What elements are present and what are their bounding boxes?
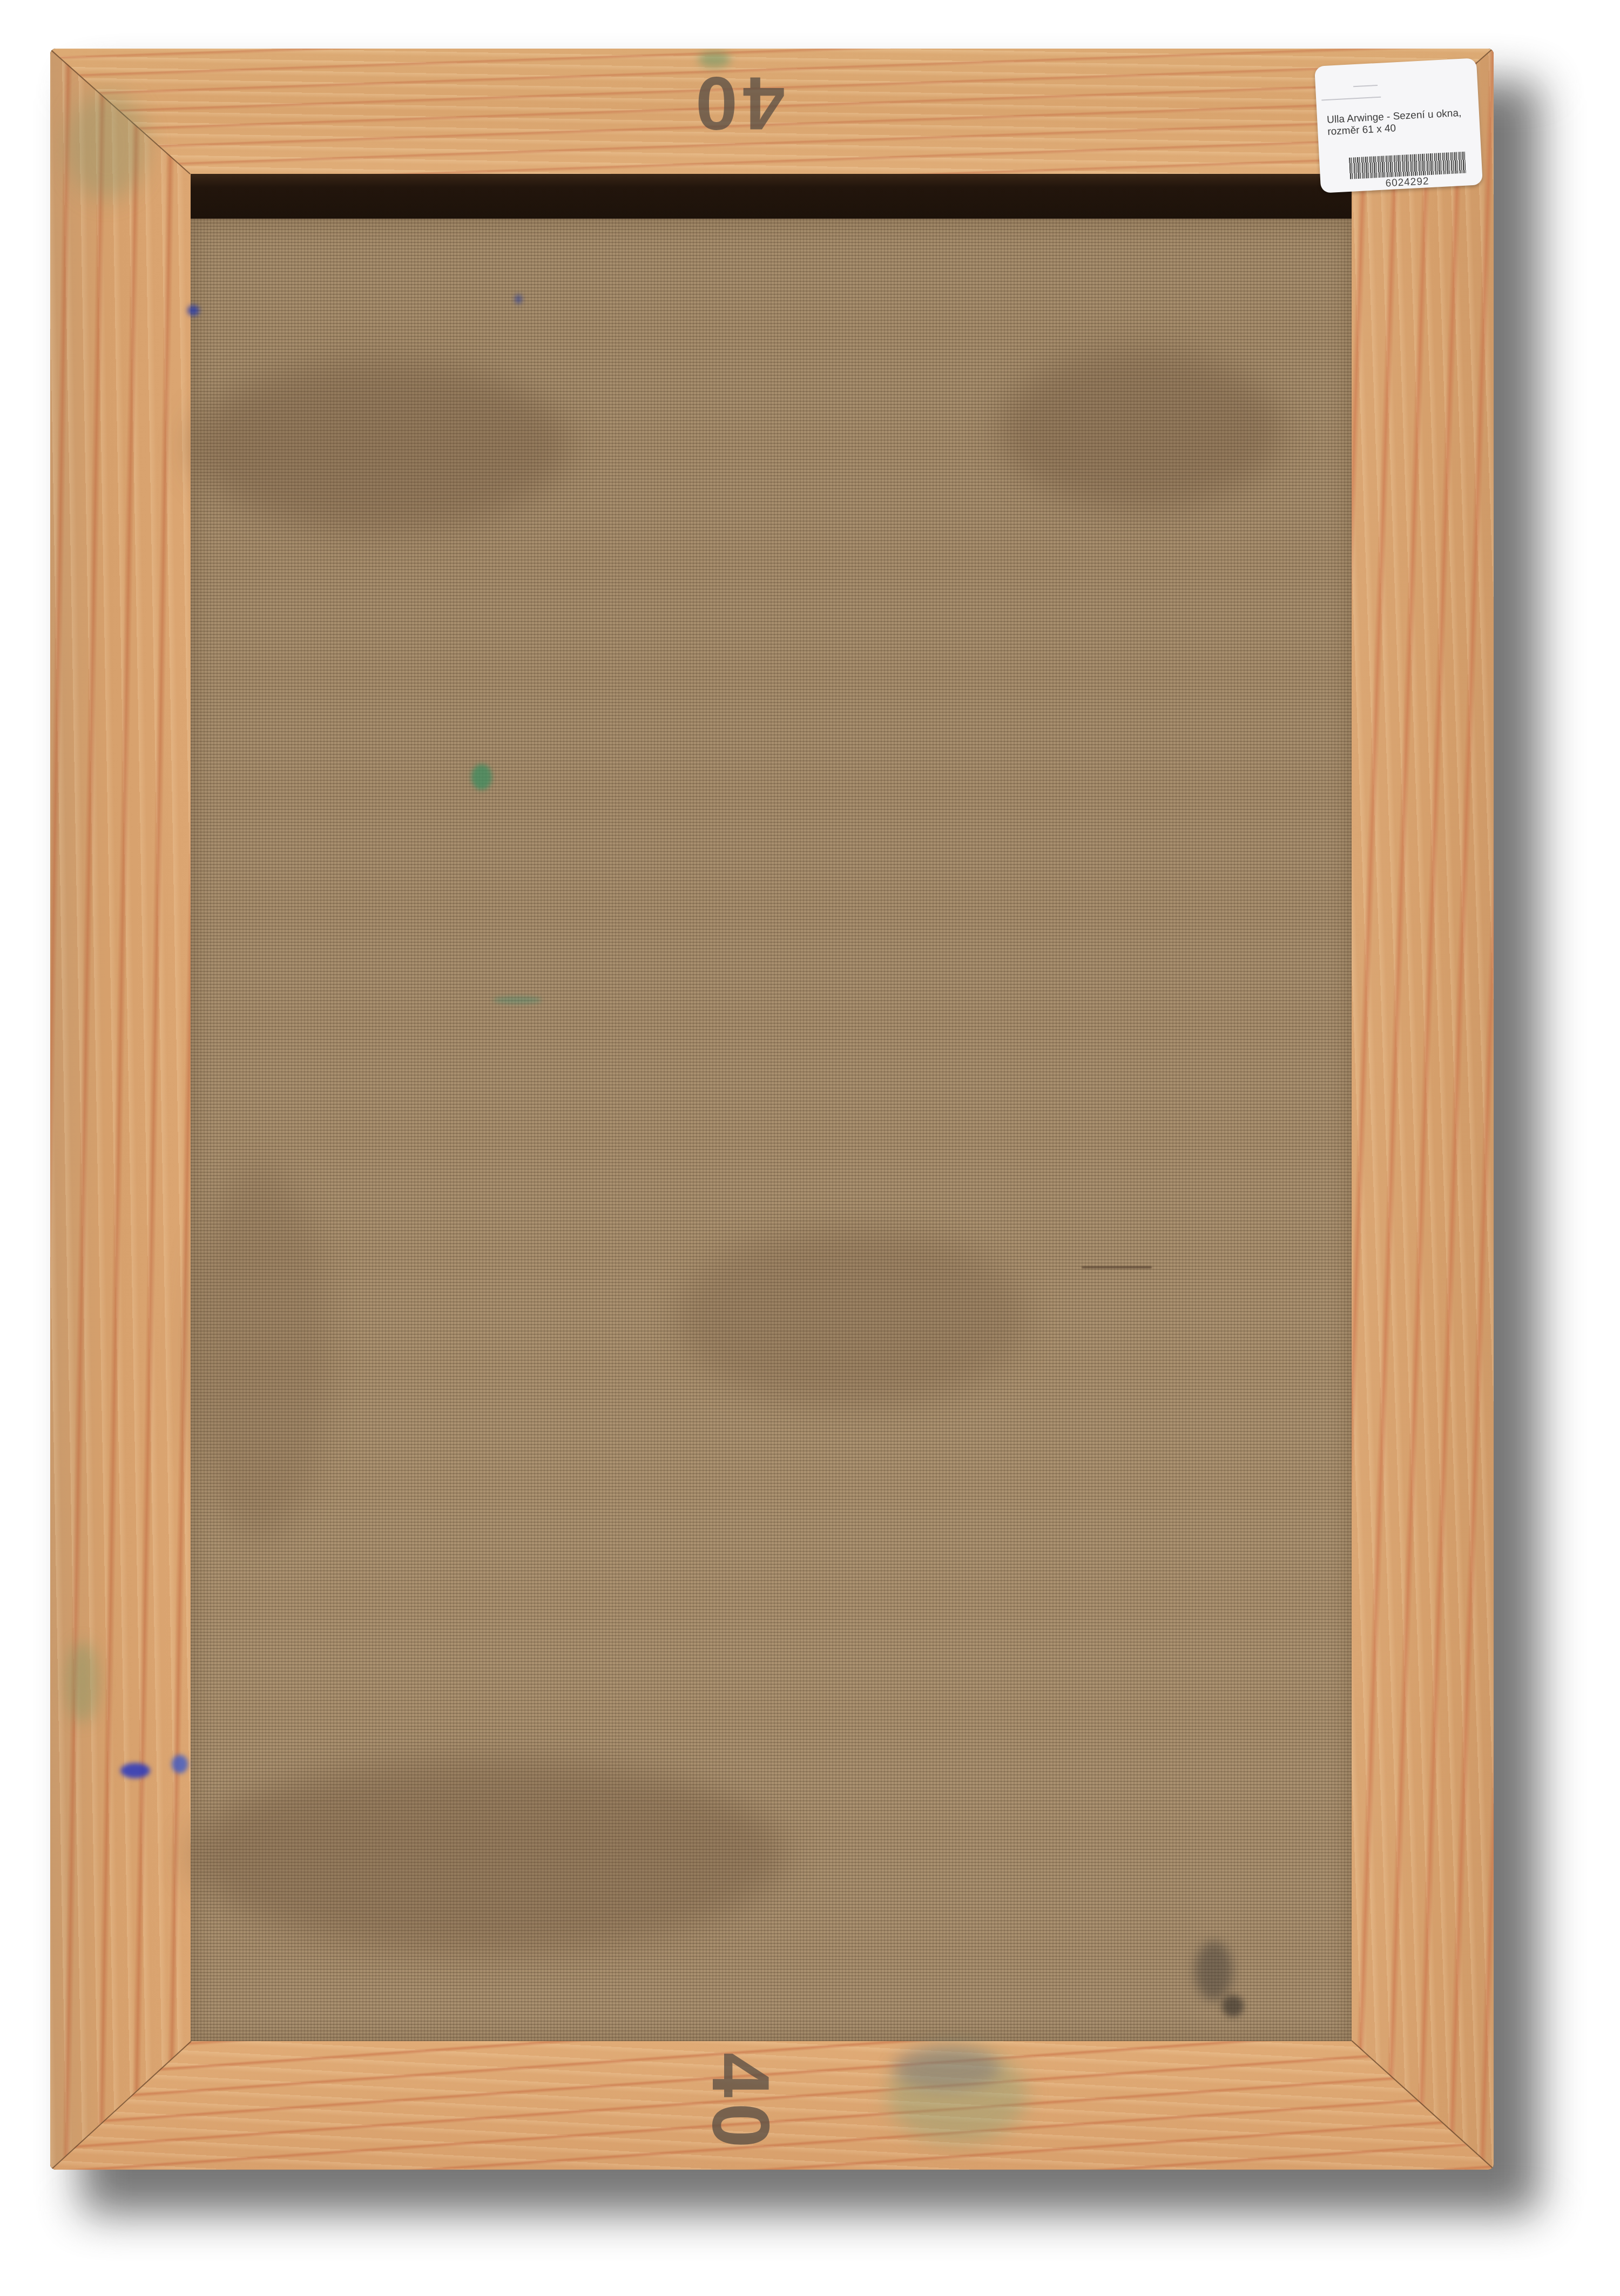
green-paint-mark — [471, 764, 492, 790]
signature-mark — [1195, 1941, 1233, 2001]
label-faint-print — [1353, 85, 1378, 87]
stretcher-shadow-gap — [191, 174, 1352, 219]
painting-back-frame: 40 40 — [50, 49, 1494, 2170]
label-title: Ulla Arwinge - Sezení u okna, rozměr 61 … — [1327, 107, 1474, 138]
inventory-label: Ulla Arwinge - Sezení u okna, rozměr 61 … — [1314, 58, 1483, 193]
green-paint-mark — [698, 51, 731, 67]
grey-paint-mark — [893, 2047, 1001, 2090]
water-stain — [191, 359, 569, 532]
green-paint-mark — [66, 92, 147, 200]
blue-paint-mark — [187, 305, 199, 316]
barcode-number: 6024292 — [1385, 175, 1429, 190]
frame-bar-right — [1352, 49, 1494, 2170]
frame-bar-left — [50, 49, 191, 2170]
green-paint-mark — [66, 1642, 99, 1723]
frame-number-bottom: 40 — [694, 2052, 787, 2153]
label-faint-print — [1321, 97, 1381, 101]
pencil-line — [1082, 1266, 1152, 1268]
green-paint-mark — [493, 996, 542, 1004]
signature-mark — [1222, 1995, 1244, 2017]
water-stain — [191, 1758, 785, 1952]
blue-paint-mark — [172, 1755, 188, 1773]
blue-paint-mark — [120, 1763, 150, 1778]
frame-number-top: 40 — [690, 59, 785, 147]
barcode — [1349, 152, 1466, 179]
water-stain — [191, 1164, 331, 1542]
blue-paint-mark — [515, 294, 522, 304]
water-stain — [1001, 348, 1281, 510]
water-stain — [677, 1228, 1028, 1407]
canvas-linen-back — [191, 219, 1352, 2041]
